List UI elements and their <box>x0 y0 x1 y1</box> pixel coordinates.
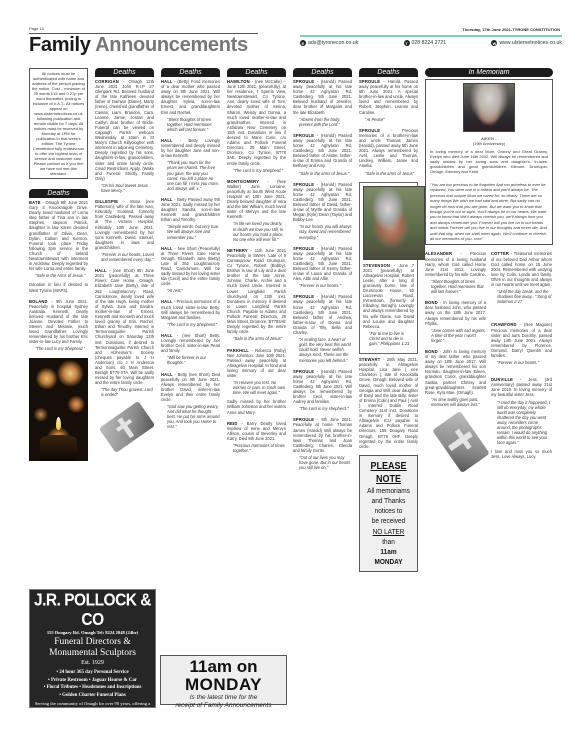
web-contact[interactable]: Wwww.ulsternetnotices.co.uk <box>491 40 562 46</box>
notice-verse: "The day Thou gravest, Lord is ended" <box>95 387 154 397</box>
notice-verse: "Will be forever in our thoughts." <box>161 355 220 365</box>
death-notice: MONTGOMERY - (Nee Walker) June Lorraine,… <box>227 179 286 242</box>
in-memoriam-header: In Memoriam <box>425 68 553 77</box>
notice-text: - Treasured memories of our beloved Dad … <box>491 251 552 287</box>
notice-verse: "Safe in the Arms of Jesus." <box>29 273 88 278</box>
memoriam-notices: ALEXANDER - Precious memories of a lovin… <box>425 251 553 473</box>
pollock-footer: Serving the community of Omagh for over … <box>32 701 153 713</box>
notice-text: - (Harold) Passed away peacefully at his… <box>293 182 352 223</box>
notice-text: - Mona (nee Patterson), wife of the late… <box>95 199 154 250</box>
notice-verse: "Forever in our hearts." <box>293 283 352 288</box>
notice-verse: "The Lord is my Shepherd." <box>227 168 286 173</box>
pollock-est: Est. 1929 <box>32 660 153 666</box>
notice-text: - (Harold) Passed away peacefully at his… <box>293 294 352 335</box>
notice-text: - Omagh 12th June 2021 John R.I.P 27 Gle… <box>95 79 154 181</box>
notice-text: - June 7 2021 (peacefully) at Altnagelvi… <box>363 263 414 329</box>
deaths-header: Deaths <box>161 68 220 77</box>
notice-text: - John In loving memory of my dear fathe… <box>425 349 486 395</box>
email-icon: E <box>300 40 306 46</box>
deaths-header: Deaths <box>95 68 154 77</box>
death-notice: SPROULE - (Harold) Passed away peacefull… <box>293 294 352 362</box>
death-notice: GILLESPIE - Mona (nee Patterson), wife o… <box>95 199 154 262</box>
notice-verse: "In Heaven you rest, No worries or pain.… <box>227 380 286 395</box>
deadline-line2: MONDAY <box>163 676 284 694</box>
notice-text: - 5th June 2021. Peacefully at home. Tho… <box>293 417 352 453</box>
stevenson-photo <box>363 186 425 260</box>
note-title: NOTE <box>365 473 413 486</box>
title-announcements: Announcements <box>95 34 248 56</box>
column-4: Deaths HAMILTON - (nee McCabe) – June 12… <box>227 68 286 459</box>
please-line: be received <box>366 516 411 526</box>
column-1: All notices must be authenticated with n… <box>29 68 88 461</box>
aiken-text: In loving memory of a dear Mum, Granny a… <box>430 149 548 174</box>
notice-verse: "On his Soul Sweet Jesus have Mercy." <box>95 183 154 193</box>
pollock-line1: Funeral Directors & <box>32 637 153 648</box>
death-notice: HALL - Precious memories of a much loved… <box>161 299 220 326</box>
deaths-header: Deaths <box>359 68 418 77</box>
deaths-header: Deaths <box>29 189 88 198</box>
please-line: All memoriams <box>366 486 411 496</box>
notice-verse: "Forever in our hearts." <box>491 360 552 365</box>
deadline-line3: Is the latest time for the <box>163 694 284 702</box>
death-notice: NETHERY - 11th June 2021 Peacefully in S… <box>227 248 286 342</box>
pollock-address: 155 Doogary Rd. Omagh Tel: 8224 2048 (24… <box>32 630 153 635</box>
memoriam-left-column: ALEXANDER - Precious memories of a lovin… <box>425 251 486 473</box>
notice-verse: "Safe in the arms of Jesus" <box>227 336 286 341</box>
notice-text: - Precious memories of a brother-in-law … <box>359 128 418 169</box>
pollock-line2: Monumental Sculptors <box>32 648 153 659</box>
website-link[interactable]: www.ulsternetnotices.co.uk <box>499 40 562 46</box>
please-title: PLEASE <box>365 460 413 473</box>
notice-text: - (Harold) Passed away peacefully at his… <box>293 133 352 169</box>
please-line: notices to <box>366 506 411 516</box>
notice-text: - (Betty) Fond memories of a dear mother… <box>161 79 220 115</box>
death-notice: HALL - Betty (nee Short) Died peacefully… <box>161 372 220 430</box>
death-notice: SPROULE - (Harold) Passed away peacefull… <box>293 182 352 240</box>
notice-verse: "God saw you getting weary, And did what… <box>161 404 220 429</box>
death-notice: HALL - Betty Lovingly remembered and dee… <box>161 138 220 191</box>
notice-verse: "At rest." <box>161 288 220 293</box>
aiken-memorial: AIKEN - (19th Anniversary) In loving mem… <box>425 79 553 245</box>
memoriam-notice: BOND - In loving memory of a dear husban… <box>425 300 486 343</box>
memoriam-notice: DUNVILLE - Jess. (3rd Anniversary) passe… <box>491 377 552 459</box>
pollock-service: • Golden Charter Funeral Plans <box>32 692 153 700</box>
notice-verse: "I cried the day it happened, I still do… <box>491 400 552 446</box>
notice-verse: "In our hearts you will always stay, lov… <box>293 224 352 239</box>
memoriam-notice: COTTER - Treasured memories of our belov… <box>491 251 552 304</box>
notice-text: - Harold. Passed away peacefully at his … <box>359 79 418 115</box>
email-contact[interactable]: Eads@tyronecon.co.uk <box>300 40 358 46</box>
notice-text: - 9th June 2021. Peacefully in hospital … <box>29 299 88 345</box>
notice-text: - 11th June 2021 Peacefully in SWAH. Lat… <box>227 248 286 335</box>
email-link[interactable]: ads@tyronecon.co.uk <box>308 40 358 46</box>
column-2: Deaths CORRIGAN - Omagh 12th June 2021 J… <box>95 68 154 454</box>
bible-image-container <box>425 413 486 473</box>
stevenson-box: STEVENSON - June 7 2021 (peacefully) at … <box>359 182 418 355</box>
notice-verse: "As time swiftly goes past, memories wil… <box>425 397 486 407</box>
notice-verse: "Out of our lives you may have gone, But… <box>293 455 352 470</box>
bible-icon <box>432 411 490 473</box>
notice-text: - Betty (nee Short) Died peacefully on 9… <box>161 372 220 402</box>
death-notice: HALL - (Betty) Fond memories of a dear m… <box>161 79 220 132</box>
notice-text: - (Harold) Passed away peacefully at his… <box>293 79 352 115</box>
death-notice: CORRIGAN - Omagh 12th June 2021 John R.I… <box>95 79 154 193</box>
notice-verse: "For to me to live is Christ and to die … <box>363 331 414 346</box>
dateline: Thursday, 17th June 2021-TYRONE CONSTITU… <box>300 27 560 32</box>
in-memoriam-column: In Memoriam AIKEN - (19th Anniversary) I… <box>425 68 553 473</box>
pollock-service: • Private Restroom • Jaguar Hearse & Car <box>32 677 153 685</box>
column-5: Deaths SPROULE - (Harold) Passed away pe… <box>293 68 352 476</box>
bible-icon <box>99 400 156 452</box>
notice-verse: "The Lord is my shepherd." <box>293 406 352 411</box>
death-notice: PARKHILL - Rebecca (Ruby) Nee Johnston. … <box>227 348 286 415</box>
notice-verse: "Precious memories of times together." <box>227 443 286 453</box>
aiken-anniversary: (19th Anniversary) <box>430 141 548 146</box>
aiken-photo <box>463 83 515 132</box>
notice-verse: "Silent thoughts of times together, Hold… <box>425 279 486 294</box>
death-notice: SPROULE - Harold. Passed away peacefully… <box>359 79 418 122</box>
pollock-name: J.R. POLLOCK & CO <box>32 590 153 629</box>
death-notice: HAMILTON - (nee McCabe) – June 12th 2021… <box>227 79 286 173</box>
death-notice: SPROULE - (Harold) Passed away peacefull… <box>293 79 352 127</box>
death-notice: SPROULE - (Harold) Passed away peacefull… <box>293 369 352 412</box>
notice-verse: "Simple words, but very true. We will al… <box>161 224 220 239</box>
death-notice: BOLAND - 9th June 2021. Peacefully in ho… <box>29 299 88 352</box>
pollock-service: • Floral Tributes • Headstones and Inscr… <box>32 684 153 692</box>
deadline-line4: receipt of Family Announcements <box>163 702 284 710</box>
pollock-ad: J.R. POLLOCK & CO 155 Doogary Rd. Omagh … <box>29 589 156 708</box>
phone-number: 028 8224 2721 <box>412 40 447 46</box>
death-notice: HALL - Nee Short (Peacefully) at Three R… <box>161 246 220 294</box>
death-notice: SPROULE - Precious memories of a brother… <box>359 128 418 176</box>
aiken-verse: "You are too precious to be forgotten An… <box>430 182 548 241</box>
notice-text: - (nee McCabe) – June 12th 2021, (peacef… <box>227 79 286 166</box>
deaths-header: Deaths <box>293 68 352 77</box>
please-note-box: PLEASE NOTE All memoriams and Thanks not… <box>359 455 418 573</box>
memoriam-notice: BOND - John In loving memory of my dear … <box>425 349 486 407</box>
notice-verse: "At Peace" <box>359 117 418 122</box>
notice-verse: "The Lord is my Shepherd." <box>161 322 220 327</box>
deadline-line1: 11am on <box>163 658 284 676</box>
notice-after: Sadly missed by her brother William John… <box>227 399 286 414</box>
notice-verse: "Safe in the arms of Jesus." <box>293 171 352 176</box>
death-notice: HALL - Betty Passed away 9th June 2021. … <box>161 197 220 240</box>
notice-text: - (Harold) Passed away peacefully at his… <box>293 369 352 405</box>
candle-image <box>29 358 88 461</box>
notice-verse: "Absent from the body, present with the … <box>293 117 352 127</box>
memoriam-right-column: COTTER - Treasured memories of our belov… <box>491 251 552 473</box>
notice-verse: "A smiling face, a heart of gold, the ve… <box>293 337 352 362</box>
phone-icon: T <box>404 40 410 46</box>
notice-text: - Rebecca (Ruby) Nee Johnston. June 10th… <box>227 348 286 378</box>
than: than <box>366 537 411 547</box>
notice-text: - (nee Short) 9th June 2021 (peacefully)… <box>95 268 154 385</box>
deadline-ad: 11am on MONDAY Is the latest time for th… <box>160 655 287 705</box>
page-number: Page 14 <box>29 26 44 31</box>
header-rule <box>300 35 562 37</box>
web-icon: W <box>491 40 497 46</box>
notice-after: Donation in lieu if desired to West Tyro… <box>29 282 88 292</box>
notice-text: - (Nee Maguire) Precious memories of a d… <box>491 322 552 358</box>
death-notice: SPROULE - 5th June 2021. Peacefully at h… <box>293 417 352 470</box>
notice-verse: "Until the day break, and the shadows fl… <box>491 289 552 304</box>
notice-text: - Omagh 9th June 2021 Gary 3 Knocknagole… <box>29 200 88 271</box>
no-later: NO LATER <box>366 527 411 537</box>
notice-after: I love and miss you so much Jess. Love A… <box>491 449 552 459</box>
column-6: Deaths SPROULE - Harold. Passed away pea… <box>359 68 418 572</box>
death-notice: REID - Barry Dearly loved nephew of Iren… <box>227 421 286 454</box>
death-notice: SPROULE - (Harold) Passed away peacefull… <box>293 133 352 176</box>
death-notice: HALL - (nee Short) Betty. Lovingly remem… <box>161 333 220 366</box>
notice-text: - Nee Short (Peacefully) at Three Rivers… <box>161 246 220 287</box>
notice-verse: "The Lord is my Shepherd." <box>29 346 88 351</box>
phone-contact: T028 8224 2721 <box>404 40 447 46</box>
column-3: Deaths HALL - (Betty) Fond memories of a… <box>161 68 220 436</box>
death-notice: STEWART - 28th May 2021, peacefully in A… <box>359 357 418 449</box>
bible-image-container <box>95 404 154 454</box>
notice-text: - (Nee Walker) June Lorraine, peacefully… <box>227 179 286 220</box>
death-notice: BATE - Omagh 9th June 2021 Gary 3 Knockn… <box>29 200 88 293</box>
notice-verse: "In life we loved you dearly, In death w… <box>227 221 286 241</box>
notice-verse: "Silent thoughts of times together, Hold… <box>161 117 220 132</box>
death-notice: SPROULE - (Harold) Passed away peacefull… <box>293 246 352 289</box>
please-line: and Thanks <box>366 496 411 506</box>
deadline: 11am MONDAY <box>366 547 411 567</box>
notice-text: - 28th May 2021, peacefully in Altnagelv… <box>359 357 418 449</box>
notice-verse: "Forever in our hearts, Loved and rememb… <box>95 252 154 262</box>
title-family: Family <box>29 34 91 56</box>
notice-text: - (Harold) Passed away peacefully at his… <box>293 246 352 282</box>
contact-bar: Eads@tyronecon.co.uk T028 8224 2721 Wwww… <box>300 40 562 46</box>
memoriam-notice: ALEXANDER - Precious memories of a lovin… <box>425 251 486 294</box>
memoriam-notice: CRAWFORD - (Nee Maguire) Precious memori… <box>491 322 552 365</box>
death-notice: HALL - (nee Short) 9th June 2021 (peacef… <box>95 268 154 397</box>
info-box: All notices must be authenticated with n… <box>29 68 88 179</box>
deaths-header: Deaths <box>227 68 286 77</box>
notice-verse: "June comes with sad regrets, A time of … <box>425 328 486 343</box>
pollock-service: • 24 hour 365 day Personal Service <box>32 669 153 677</box>
notice-verse: "Safe in the arms of Jesus" <box>359 171 418 176</box>
death-notice: STEVENSON - June 7 2021 (peacefully) at … <box>363 263 414 347</box>
page-title: Family Announcements <box>29 34 248 56</box>
notice-verse: "Thank you mum for the years we shared, … <box>161 160 220 191</box>
